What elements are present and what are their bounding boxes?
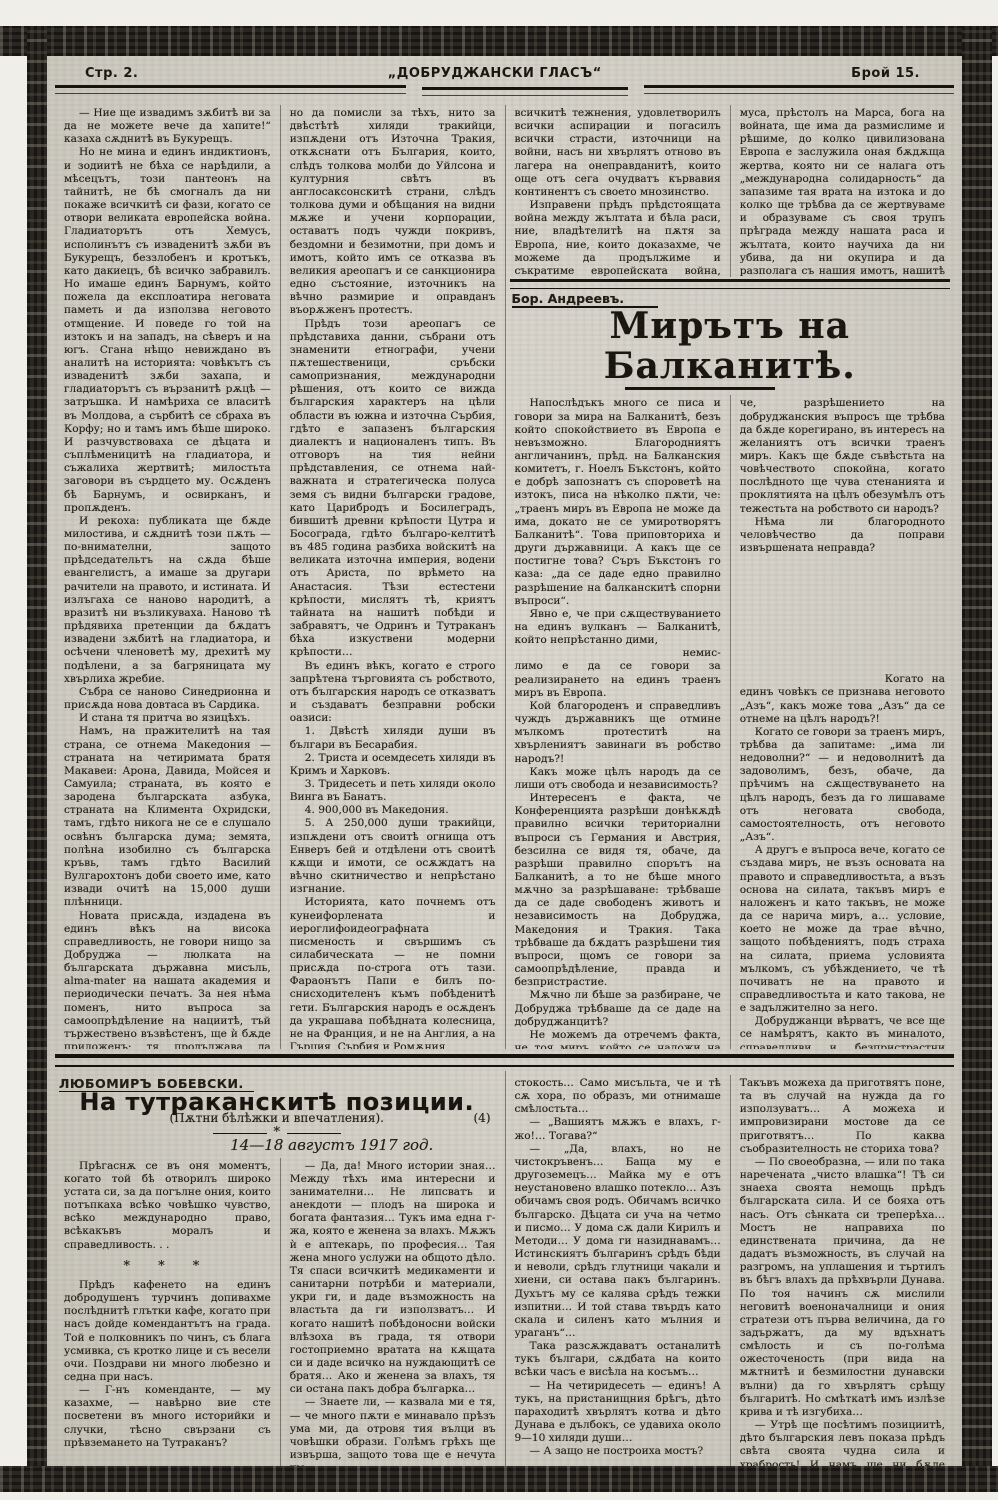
text-paragraph: Намъ, на пражителитѣ на тая страна, се о…: [64, 725, 271, 909]
text-paragraph: Събра се наново Синедрионна и присѫда но…: [64, 686, 271, 712]
text-paragraph: Прѣдъ този ареопагъ се прѣдставиха данни…: [290, 318, 496, 660]
text-paragraph: стокость… Само мисъльта, че и тѣ сѫ хора…: [515, 1077, 721, 1116]
feuilleton-column-2: — Да, да! Много истории зная… Между тѣхъ…: [280, 1158, 505, 1466]
feuilleton-title: На тутраканскитѣ позиции.: [59, 1096, 495, 1109]
text-paragraph: муса, прѣстолъ на Марса, бога на войната…: [740, 107, 945, 277]
masthead-rules: [47, 85, 962, 96]
feuilleton-subtitle-row: (Пѫтни бѣлѣжки и впечатления). (4): [59, 1112, 495, 1125]
text-paragraph: Новата присѫда, издадена въ единъ вѣкъ н…: [64, 910, 271, 1049]
text-paragraph: че, разрѣшението на добруджанския въпрос…: [740, 397, 945, 515]
lead-article-column-1: — Ние ще извадимъ зѫбитѣ ви за да не мож…: [55, 105, 280, 1049]
main-article-body: Напослѣдъкъ много се писа и говори за ми…: [506, 395, 955, 1049]
feuilleton-right-half: стокость… Само мисъльта, че и тѣ сѫ хора…: [505, 1071, 955, 1466]
text-paragraph: Кой благороденъ и справедливъ чуждъ държ…: [515, 700, 721, 766]
newspaper-title: „ДОБРУДЖАНСКИ ГЛАСЪ“: [388, 66, 602, 81]
main-article-column-left: Напослѣдъкъ много се писа и говори за ми…: [506, 395, 730, 1049]
text-paragraph: немис-: [515, 647, 721, 660]
scan-edge-left: [27, 26, 47, 1470]
text-paragraph: А другъ е въпроса вече, когато се създав…: [740, 844, 945, 1015]
lead-article-column-2: но да помисли за тѣхъ, нито за двѣстѣтѣ …: [280, 105, 505, 1049]
scan-edge-top: [0, 26, 998, 56]
text-paragraph: — Знаете ли, — казвала ми е тя, — че мно…: [290, 1396, 496, 1466]
text-paragraph: — А защо не построиха мостъ?: [515, 1445, 721, 1458]
text-paragraph: Прѣгаснѫ се въ оня моментъ, когато той б…: [64, 1160, 271, 1252]
text-paragraph: — По своеобразна, — или по така наречена…: [740, 1156, 945, 1419]
text-paragraph: всичкитѣ тежнения, удовлетворилъ всички …: [515, 107, 721, 199]
headline-top-rule: [510, 279, 951, 289]
scan-edge-right: [962, 26, 992, 1470]
text-paragraph: — Да, да! Много истории зная… Между тѣхъ…: [290, 1160, 496, 1397]
text-paragraph: Добруджанци вѣрватъ, че все ще се намѣря…: [740, 1015, 945, 1049]
text-paragraph: И стана тя притча во язицѣхъ.: [64, 712, 271, 725]
feuilleton-section: ЛЮБОМИРЪ БОБЕВСКИ. На тутраканскитѣ пози…: [55, 1071, 954, 1466]
feuilleton-column-1: Прѣгаснѫ се въ оня моментъ, когато той б…: [55, 1158, 280, 1466]
text-paragraph: — Г-нъ коменданте, — му казахме, — навѣр…: [64, 1384, 271, 1450]
text-paragraph: Напослѣдъкъ много се писа и говори за ми…: [515, 397, 721, 608]
feuilleton-column-3: стокость… Само мисъльта, че и тѣ сѫ хора…: [506, 1075, 730, 1466]
text-paragraph: — На четиридесеть — единъ! А тукъ, на пр…: [515, 1380, 721, 1446]
masthead-rule-right: [644, 85, 954, 94]
feuilleton-column-4: Такъвъ можеха да приготвятъ поне, та въ …: [730, 1075, 954, 1466]
feuilleton-dateline: 14—18 августъ 1917 год.: [59, 1139, 495, 1152]
feuilleton-left-columns: Прѣгаснѫ се въ оня моментъ, когато той б…: [55, 1158, 505, 1466]
text-paragraph: Прѣдъ кафенето на единъ добродушенъ турч…: [64, 1279, 271, 1384]
feuilleton-part-number: (4): [474, 1112, 491, 1125]
feuilleton-left-half: ЛЮБОМИРЪ БОБЕВСКИ. На тутраканскитѣ пози…: [55, 1071, 505, 1466]
page-number-label: Стр. 2.: [85, 66, 138, 81]
text-paragraph: Явно е, че при сѫществуванието на единъ …: [515, 608, 721, 647]
text-paragraph: Какъ може цѣлъ народъ да се лиши отъ сво…: [515, 766, 721, 792]
main-article-column-right: че, разрѣшението на добруджанския въпрос…: [730, 395, 954, 1049]
text-paragraph: Историята, като почнемъ отъ кунеифорлена…: [290, 896, 496, 1049]
text-paragraph: * * *: [64, 1260, 271, 1273]
ornament-line-left: [213, 1133, 267, 1135]
masthead-rule-center: [422, 87, 629, 96]
text-paragraph: Въ единъ вѣкъ, когато е строго запрѣтена…: [290, 660, 496, 726]
text-paragraph: — Ние ще извадимъ зѫбитѣ ви за да не мож…: [64, 107, 271, 146]
text-paragraph: 2. Триста и осемдесеть хиляди въ Кримъ и…: [290, 752, 496, 778]
lead-article-column-3: всичкитѣ тежнения, удовлетворилъ всички …: [506, 105, 730, 277]
lead-article-column-4: муса, прѣстолъ на Марса, бога на войната…: [730, 105, 954, 277]
masthead-rule-left: [55, 85, 406, 94]
section-divider-rule: [55, 1054, 954, 1067]
text-paragraph: 1. Двѣстѣ хиляди души въ българи въ Беса…: [290, 725, 496, 751]
right-half: всичкитѣ тежнения, удовлетворилъ всички …: [505, 105, 955, 1049]
text-paragraph: Нѣма ли благородното человѣчество да поп…: [740, 516, 945, 555]
main-article-title: Мирътъ на Балканитѣ.: [510, 307, 951, 386]
text-paragraph: Когато на единъ човѣкъ се признава негов…: [740, 673, 945, 726]
page-header: Стр. 2. „ДОБРУДЖАНСКИ ГЛАСЪ“ Брой 15.: [47, 56, 962, 81]
main-article-header: Бор. Андреевъ. Мирътъ на Балканитѣ.: [506, 277, 955, 395]
text-paragraph: Не можемъ да отречемъ факта, че тоя миръ…: [515, 1029, 721, 1049]
main-article-byline-row: Бор. Андреевъ.: [512, 292, 951, 305]
text-paragraph: И рекоха: публиката ще бѫде милостива, и…: [64, 515, 271, 686]
text-paragraph: лимо е да се говори за реализирането на …: [515, 660, 721, 699]
text-paragraph: — Утрѣ ще посѣтимъ позициитѣ, дѣто бълга…: [740, 1419, 945, 1466]
newspaper-paper: Стр. 2. „ДОБРУДЖАНСКИ ГЛАСЪ“ Брой 15. — …: [47, 56, 962, 1466]
text-paragraph: 5. А 250,000 души тракийци, изпѫдени отъ…: [290, 817, 496, 896]
feuilleton-subtitle: (Пѫтни бѣлѣжки и впечатления).: [170, 1111, 385, 1125]
text-paragraph: Така разсѫждаватъ останалитѣ тукъ българ…: [515, 1340, 721, 1379]
text-paragraph: Интересенъ е факта, че Конференцията раз…: [515, 792, 721, 989]
text-paragraph: Но не мина и единъ индиктионъ, и зодиитѣ…: [64, 146, 271, 514]
headline-underline: [625, 387, 775, 390]
issue-number-label: Брой 15.: [851, 66, 920, 81]
feuilleton-header: ЛЮБОМИРЪ БОБЕВСКИ. На тутраканскитѣ пози…: [55, 1071, 505, 1158]
page-body: — Ние ще извадимъ зѫбитѣ ви за да не мож…: [55, 105, 954, 1049]
text-paragraph: Мѫчно ли бѣше за разбиране, че Добруджа …: [515, 989, 721, 1028]
lead-article-continuation: всичкитѣ тежнения, удовлетворилъ всички …: [506, 105, 955, 277]
scan-edge-bottom: [0, 1466, 998, 1492]
text-paragraph: Такъвъ можеха да приготвятъ поне, та въ …: [740, 1077, 945, 1156]
text-paragraph: 4. 900,000 въ Македония.: [290, 804, 496, 817]
text-paragraph: — „Вашиятъ мѫжъ е влахъ, г-жо!… Тогава?“: [515, 1116, 721, 1142]
text-paragraph: — „Да, влахъ, но не чистокръвенъ… Баща м…: [515, 1143, 721, 1340]
ornament-line-right: [287, 1133, 341, 1135]
text-paragraph: Изправени прѣдъ прѣдстоящата война между…: [515, 199, 721, 277]
text-paragraph: но да помисли за тѣхъ, нито за двѣстѣтѣ …: [290, 107, 496, 318]
text-paragraph: Когато се говори за траенъ миръ, трѣбва …: [740, 726, 945, 844]
text-paragraph: 3. Тридесеть и петь хиляди около Винга в…: [290, 778, 496, 804]
